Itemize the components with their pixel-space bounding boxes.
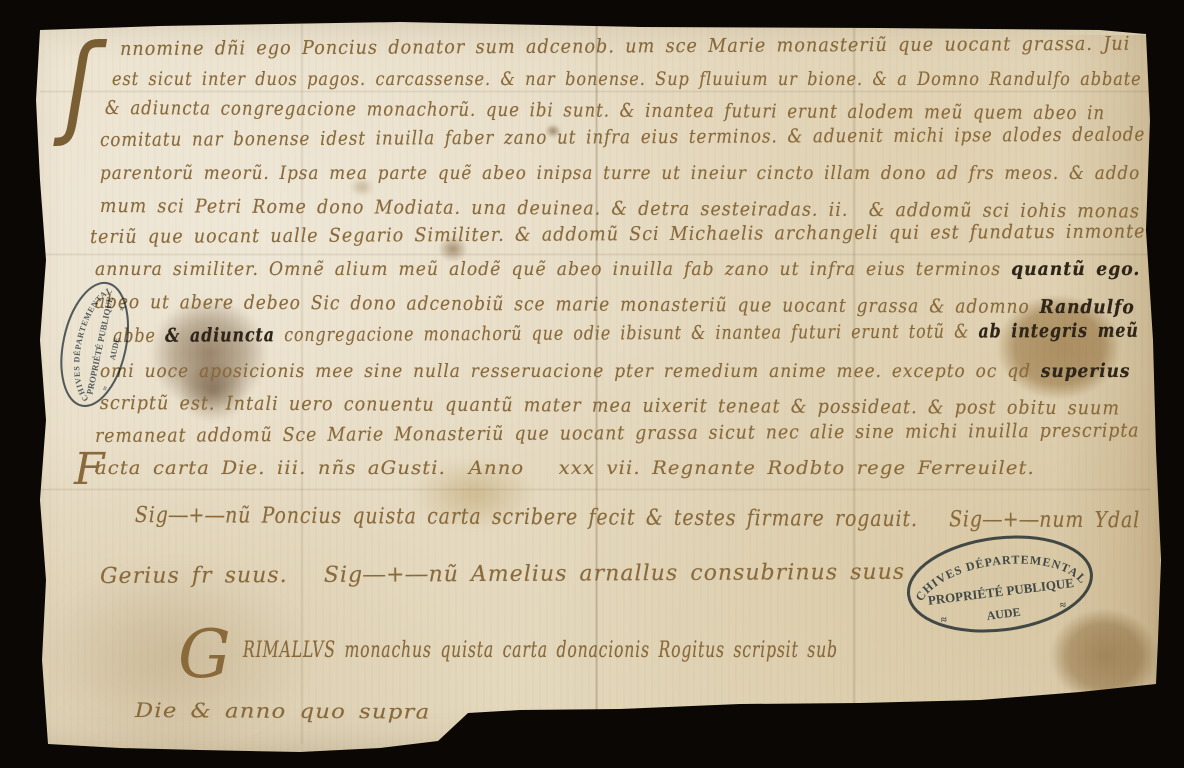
fold-crease-horizontal-1 — [40, 90, 1150, 93]
manuscript-text-segment: quantũ ego. — [1011, 258, 1140, 280]
manuscript-text-segment: comitatu nar bonense idest inuilla faber… — [100, 124, 1145, 151]
manuscript-line: Die & anno quo supra — [135, 700, 431, 722]
manuscript-line: abeo ut abere debeo Sic dono adcenobiũ s… — [95, 293, 1135, 317]
manuscript-line: RIMALLVS monachus quista carta donacioni… — [243, 640, 838, 662]
fold-crease-horizontal-3 — [40, 488, 1150, 491]
manuscript-text-segment: est sicut inter duos pagos. carcassense.… — [112, 68, 1142, 90]
manuscript-line: teriũ que uocant ualle Segario Similiter… — [90, 222, 1146, 247]
manuscript-text-segment: congregacione monachorũ que odie ibisunt… — [275, 320, 979, 346]
manuscript-text-segment: annura similiter. Omnẽ alium meũ alodẽ q… — [95, 258, 1011, 280]
manuscript-text-segment: ab integris meũ — [978, 320, 1138, 343]
manuscript-line: parentorũ meorũ. Ipsa mea parte quẽ abeo… — [100, 164, 1140, 183]
stamp-flourish-left-icon: ≈ — [940, 614, 947, 627]
manuscript-text-segment: omi uoce aposicionis mee sine nulla ress… — [100, 360, 1041, 382]
manuscript-line: abbe & adiuncta congregacione monachorũ … — [113, 322, 1139, 346]
manuscript-line: est sicut inter duos pagos. carcassense.… — [112, 70, 1142, 89]
stamp-flourish-right-icon: ≈ — [117, 306, 127, 312]
manuscript-text-segment: scriptũ est. Intali uero conuentu quantũ… — [100, 392, 1120, 419]
archive-stamp-right: ARCHIVES DÉPARTEMENTALES PROPRIÉTÉ PUBLI… — [894, 520, 1105, 649]
manuscript-text-segment: parentorũ meorũ. Ipsa mea parte quẽ abeo… — [100, 162, 1140, 184]
photo-stage: ʃ F G nnomine dñi ego Poncius donator su… — [0, 0, 1184, 768]
manuscript-line: nnomine dñi ego Poncius donator sum adce… — [120, 35, 1130, 59]
stamp-bottom-text: AUDE — [108, 336, 122, 361]
manuscript-text-segment: & adiuncta — [165, 324, 275, 347]
decorated-initial-G: G — [178, 622, 231, 688]
manuscript-text-segment: mum sci Petri Rome dono Modiata. una deu… — [100, 195, 1140, 222]
manuscript-text-segment: & adiuncta congregacione monachorũ. que … — [105, 97, 1105, 124]
manuscript-text-segment: remaneat addomũ Sce Marie Monasteriũ que… — [95, 420, 1140, 447]
manuscript-text-segment: Gerius fr suus. Sig―+―nũ Amelius arnallu… — [100, 560, 905, 589]
manuscript-line: Sig―+―nũ Poncius quista carta scribere f… — [135, 505, 1140, 532]
decorated-initial-I: ʃ — [64, 30, 96, 140]
parchment-document: ʃ F G nnomine dñi ego Poncius donator su… — [0, 0, 1184, 768]
manuscript-line: comitatu nar bonense idest inuilla faber… — [100, 126, 1145, 150]
stamp-flourish-right-icon: ≈ — [1059, 599, 1066, 612]
manuscript-text-segment: acta carta Die. iii. nñs aGusti. Anno xx… — [95, 457, 1035, 479]
manuscript-text-segment: RIMALLVS monachus quista carta donacioni… — [243, 638, 838, 663]
stamp-bottom-text: AUDE — [986, 605, 1021, 623]
manuscript-line: scriptũ est. Intali uero conuentu quantũ… — [100, 394, 1120, 418]
manuscript-text-segment: superius — [1041, 360, 1131, 382]
manuscript-line: & adiuncta congregacione monachorũ. que … — [105, 99, 1105, 123]
stamp-flourish-left-icon: ≈ — [100, 385, 110, 391]
manuscript-text-segment: teriũ que uocant ualle Segario Similiter… — [90, 220, 1146, 248]
manuscript-line: annura similiter. Omnẽ alium meũ alodẽ q… — [95, 260, 1140, 279]
manuscript-line: omi uoce aposicionis mee sine nulla ress… — [100, 362, 1130, 381]
manuscript-line: mum sci Petri Rome dono Modiata. una deu… — [100, 197, 1140, 221]
fold-crease-horizontal-2 — [40, 253, 1150, 256]
manuscript-text-segment: Sig―+―nũ Poncius quista carta scribere f… — [135, 503, 1140, 533]
manuscript-line: remaneat addomũ Sce Marie Monasteriũ que… — [95, 422, 1140, 446]
manuscript-text-segment: abeo ut abere debeo Sic dono adcenobiũ s… — [95, 291, 1040, 318]
manuscript-text-segment: Die & anno quo supra — [135, 698, 431, 724]
manuscript-text-segment: Randulfo — [1040, 296, 1135, 318]
manuscript-line: acta carta Die. iii. nñs aGusti. Anno xx… — [95, 459, 1035, 478]
manuscript-line: Gerius fr suus. Sig―+―nũ Amelius arnallu… — [100, 562, 905, 588]
manuscript-text-segment: nnomine dñi ego Poncius donator sum adce… — [120, 33, 1130, 60]
